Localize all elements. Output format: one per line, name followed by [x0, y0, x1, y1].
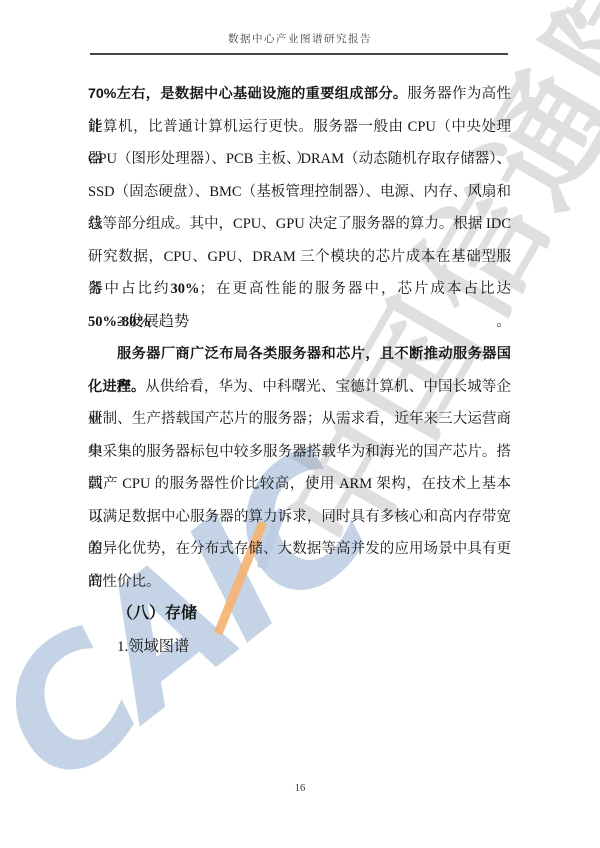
- text-segment: 器中占比约: [88, 281, 171, 297]
- text-line: 服务器厂商广泛布局各类服务器和芯片，且不断推动服务器国产: [88, 338, 511, 371]
- text-segment: （八）存储: [117, 605, 197, 622]
- text-line: 研究数据，CPU、GPU、DRAM 三个模块的芯片成本在基础型服务: [88, 241, 511, 274]
- text-line: 研制、生产搭载国产芯片的服务器；从需求看，近年来三大运营商集: [88, 403, 511, 436]
- text-segment: GPU（图形处理器）、PCB 主板、DRAM（动态随机存取存储器）、: [88, 151, 511, 167]
- text-segment: 线等部分组成。其中，CPU、GPU 决定了服务器的算力。根据 IDC: [88, 216, 511, 232]
- text-segment: 。: [151, 314, 511, 330]
- text-segment: ；在更高性能的服务器中，芯片成本占比达: [200, 281, 512, 297]
- text-line: 的性价比。: [88, 566, 511, 599]
- text-line: 计算机，比普通计算机运行更快。服务器一般由 CPU（中央处理器）、: [88, 111, 511, 144]
- section-heading-storage: （八）存储: [88, 598, 511, 631]
- text-segment: 30%: [171, 281, 200, 297]
- text-line: 差异化优势，在分布式存储、大数据等高并发的应用场景中具有更高: [88, 533, 511, 566]
- body-text: 70%左右，是数据中心基础设施的重要组成部分。服务器作为高性能计算机，比普通计算…: [88, 78, 511, 663]
- section-heading-domain-map: 1.领域图谱: [88, 631, 511, 664]
- text-line: 中采集的服务器标包中较多服务器搭载华为和海光的国产芯片。搭载: [88, 436, 511, 469]
- text-line: GPU（图形处理器）、PCB 主板、DRAM（动态随机存取存储器）、: [88, 143, 511, 176]
- document-page: 数据中心产业图谱研究报告 中国信通院 CAIC 70%左右，是数据中心基础设施的…: [0, 0, 600, 848]
- text-line: 国产 CPU 的服务器性价比较高，使用 ARM 架构，在技术上基本可: [88, 468, 511, 501]
- text-line: SSD（固态硬盘）、BMC（基板管理控制器）、电源、内存、风扇和总: [88, 176, 511, 209]
- text-segment: 的性价比。: [88, 574, 161, 590]
- text-line: 以满足数据中心服务器的算力诉求，同时具有多核心和高内存带宽的: [88, 501, 511, 534]
- text-segment: 1.领域图谱: [117, 638, 189, 655]
- header-title: 数据中心产业图谱研究报告: [0, 31, 600, 46]
- text-segment: 化进程。: [88, 379, 145, 395]
- header-rule: [90, 53, 508, 55]
- text-line: 器中占比约30%；在更高性能的服务器中，芯片成本占比达50%-80%。: [88, 273, 511, 306]
- text-segment: 3.发展趋势: [117, 313, 189, 330]
- page-number: 16: [0, 783, 600, 794]
- text-segment: 70%左右，是数据中心基础设施的重要组成部分。: [88, 86, 407, 102]
- text-line: 70%左右，是数据中心基础设施的重要组成部分。服务器作为高性能: [88, 78, 511, 111]
- text-line: 化进程。从供给看，华为、中科曙光、宝德计算机、中国长城等企业: [88, 371, 511, 404]
- text-line: 线等部分组成。其中，CPU、GPU 决定了服务器的算力。根据 IDC: [88, 208, 511, 241]
